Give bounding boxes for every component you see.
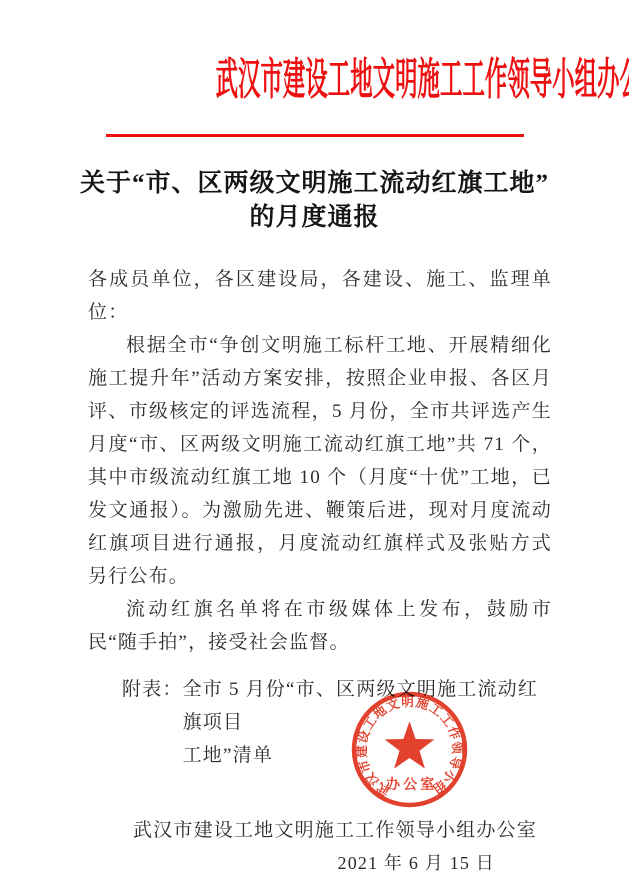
document-page: 武汉市建设工地文明施工工作领导小组办公室 关于“市、区两级文明施工流动红旗工地”… [0, 0, 629, 876]
document-title: 关于“市、区两级文明施工流动红旗工地” 的月度通报 [0, 167, 629, 235]
letterhead-org-name: 武汉市建设工地文明施工工作领导小组办公室 [216, 56, 629, 104]
salutation-line: 各成员单位，各区建设局，各建设、施工、监理单位： [88, 263, 552, 329]
attachment-note: 附表： 全市 5 月份“市、区两级文明施工流动红旗项目 工地”清单 [122, 673, 552, 772]
letterhead: 武汉市建设工地文明施工工作领导小组办公室 [0, 0, 629, 104]
body-paragraph-2: 流动红旗名单将在市级媒体上发布，鼓励市民“随手拍”，接受社会监督。 [88, 593, 552, 659]
document-body: 各成员单位，各区建设局，各建设、施工、监理单位： 根据全市“争创文明施工标杆工地… [88, 263, 552, 659]
document-title-line2: 的月度通报 [0, 201, 629, 235]
signature-date: 2021 年 6 月 15 日 [88, 847, 552, 876]
attachment-text: 全市 5 月份“市、区两级文明施工流动红旗项目 工地”清单 [183, 673, 552, 772]
attachment-text-line2: 工地”清单 [183, 739, 552, 772]
red-divider-line [106, 134, 524, 137]
signature-org-name: 武汉市建设工地文明施工工作领导小组办公室 [88, 814, 552, 847]
seal-bottom-text: 办公室 [386, 776, 437, 793]
body-paragraph-1: 根据全市“争创文明施工标杆工地、开展精细化施工提升年”活动方案安排，按照企业申报… [88, 329, 552, 593]
document-title-line1: 关于“市、区两级文明施工流动红旗工地” [0, 167, 629, 201]
signature-block: 武汉市建设工地文明施工工作领导小组办公室 2021 年 6 月 15 日 [88, 814, 552, 876]
attachment-label: 附表： [122, 673, 183, 772]
attachment-text-line1: 全市 5 月份“市、区两级文明施工流动红旗项目 [183, 673, 552, 739]
